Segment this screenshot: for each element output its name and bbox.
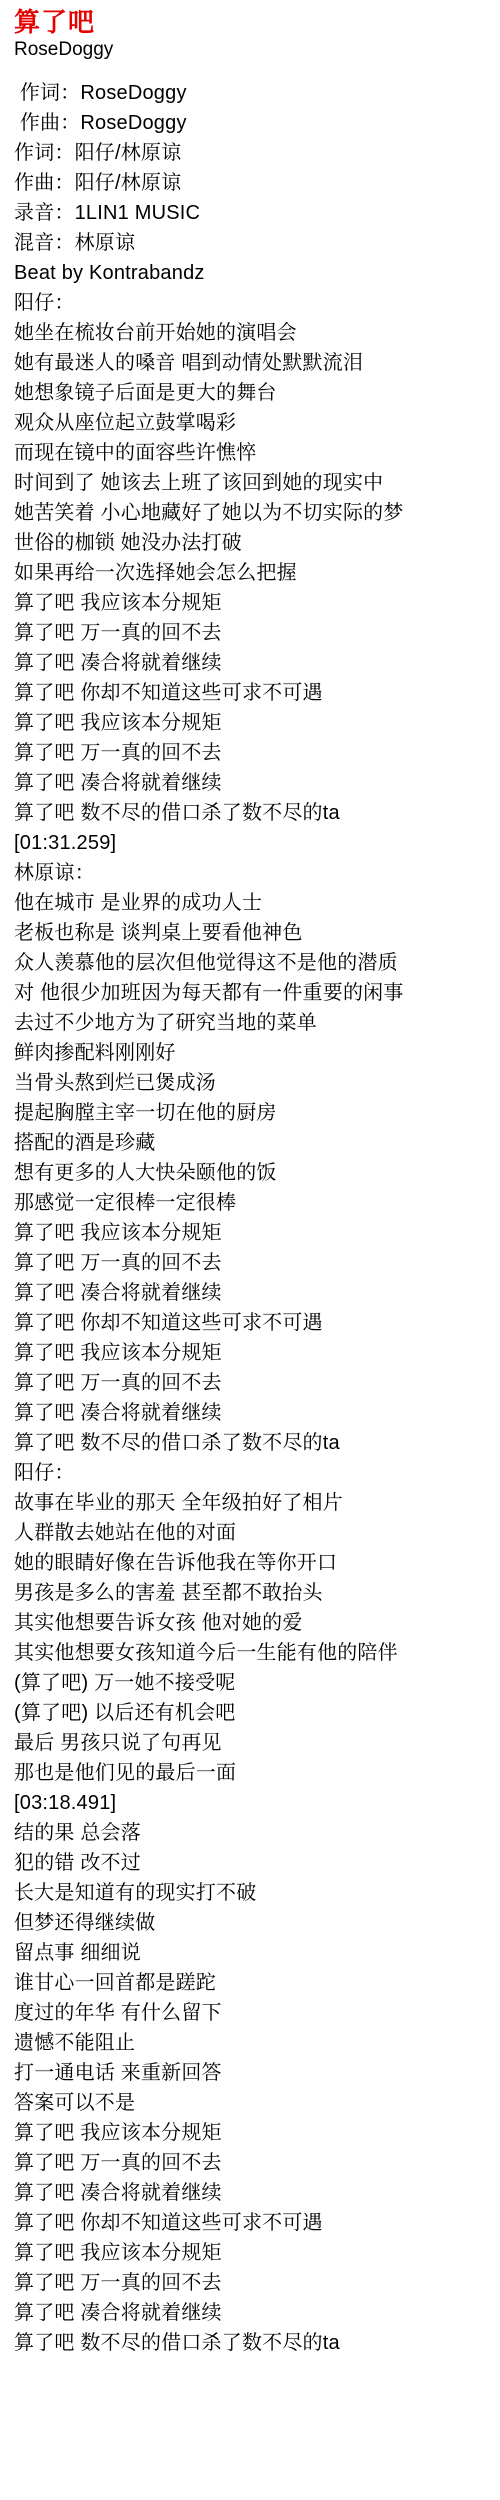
lyric-line: 算了吧 万一真的回不去 (14, 1368, 500, 1398)
lyric-line: 结的果 总会落 (14, 1818, 500, 1848)
lyric-line: 最后 男孩只说了句再见 (14, 1728, 500, 1758)
lyric-line: 打一通电话 来重新回答 (14, 2058, 500, 2088)
lyric-line: 留点事 细细说 (14, 1938, 500, 1968)
lyric-line: 故事在毕业的那天 全年级拍好了相片 (14, 1488, 500, 1518)
lyric-line: 算了吧 万一真的回不去 (14, 618, 500, 648)
lyrics-list: 作词：RoseDoggy 作曲：RoseDoggy作词：阳仔/林原谅作曲：阳仔/… (14, 78, 500, 2358)
lyric-line: 算了吧 凑合将就着继续 (14, 2178, 500, 2208)
lyric-line: 混音：林原谅 (14, 228, 500, 258)
lyric-line: 世俗的枷锁 她没办法打破 (14, 528, 500, 558)
lyric-line: 算了吧 我应该本分规矩 (14, 708, 500, 738)
lyric-line: 算了吧 我应该本分规矩 (14, 1218, 500, 1248)
lyric-line: [01:31.259] (14, 828, 500, 858)
lyric-line: 当骨头熬到烂已煲成汤 (14, 1068, 500, 1098)
lyric-line: 其实他想要告诉女孩 他对她的爱 (14, 1608, 500, 1638)
lyric-line: 老板也称是 谈判桌上要看他神色 (14, 918, 500, 948)
lyric-line: 算了吧 我应该本分规矩 (14, 2118, 500, 2148)
lyric-line: 但梦还得继续做 (14, 1908, 500, 1938)
lyric-line: 作词：阳仔/林原谅 (14, 138, 500, 168)
lyric-line: 众人羡慕他的层次但他觉得这不是他的潜质 (14, 948, 500, 978)
lyric-line: 阳仔： (14, 1458, 500, 1488)
lyric-line: 犯的错 改不过 (14, 1848, 500, 1878)
lyric-line: 其实他想要女孩知道今后一生能有他的陪伴 (14, 1638, 500, 1668)
lyric-line: 林原谅： (14, 858, 500, 888)
lyric-line: 度过的年华 有什么留下 (14, 1998, 500, 2028)
lyric-line: 算了吧 数不尽的借口杀了数不尽的ta (14, 2328, 500, 2358)
lyric-line: 作词：RoseDoggy (14, 78, 500, 108)
lyric-line: 她想象镜子后面是更大的舞台 (14, 378, 500, 408)
lyric-line: 算了吧 数不尽的借口杀了数不尽的ta (14, 798, 500, 828)
lyric-line: 鲜肉掺配料刚刚好 (14, 1038, 500, 1068)
lyric-line: 长大是知道有的现实打不破 (14, 1878, 500, 1908)
lyric-line: 阳仔： (14, 288, 500, 318)
lyric-line: 作曲：RoseDoggy (14, 108, 500, 138)
lyric-line: 算了吧 凑合将就着继续 (14, 648, 500, 678)
lyric-line: 算了吧 我应该本分规矩 (14, 2238, 500, 2268)
lyric-line: 作曲：阳仔/林原谅 (14, 168, 500, 198)
artist-name: RoseDoggy (14, 38, 500, 62)
lyric-line: 算了吧 数不尽的借口杀了数不尽的ta (14, 1428, 500, 1458)
lyric-line: (算了吧) 万一她不接受呢 (14, 1668, 500, 1698)
lyric-line: 算了吧 万一真的回不去 (14, 2268, 500, 2298)
lyric-line: (算了吧) 以后还有机会吧 (14, 1698, 500, 1728)
lyric-line: [03:18.491] (14, 1788, 500, 1818)
lyric-line: 算了吧 你却不知道这些可求不可遇 (14, 678, 500, 708)
lyric-line: 那感觉一定很棒一定很棒 (14, 1188, 500, 1218)
lyric-line: 谁甘心一回首都是蹉跎 (14, 1968, 500, 1998)
lyric-line: 算了吧 凑合将就着继续 (14, 768, 500, 798)
lyric-line: 算了吧 万一真的回不去 (14, 2148, 500, 2178)
lyric-line: 观众从座位起立鼓掌喝彩 (14, 408, 500, 438)
lyric-line: 算了吧 凑合将就着继续 (14, 1278, 500, 1308)
lyric-line: 男孩是多么的害羞 甚至都不敢抬头 (14, 1578, 500, 1608)
lyric-line: 对 他很少加班因为每天都有一件重要的闲事 (14, 978, 500, 1008)
lyric-line: 算了吧 凑合将就着继续 (14, 2298, 500, 2328)
lyric-line: 答案可以不是 (14, 2088, 500, 2118)
lyric-line: 算了吧 万一真的回不去 (14, 1248, 500, 1278)
lyric-line: 提起胸膛主宰一切在他的厨房 (14, 1098, 500, 1128)
lyric-line: 她坐在梳妆台前开始她的演唱会 (14, 318, 500, 348)
lyric-line: 算了吧 万一真的回不去 (14, 738, 500, 768)
lyric-line: 她的眼睛好像在告诉他我在等你开口 (14, 1548, 500, 1578)
lyric-line: 搭配的酒是珍藏 (14, 1128, 500, 1158)
lyric-line: 时间到了 她该去上班了该回到她的现实中 (14, 468, 500, 498)
lyrics-page: 算了吧 RoseDoggy 作词：RoseDoggy 作曲：RoseDoggy作… (0, 0, 500, 2500)
lyric-line: 她苦笑着 小心地藏好了她以为不切实际的梦 (14, 498, 500, 528)
lyric-line: 录音：1LIN1 MUSIC (14, 198, 500, 228)
lyric-line: 她有最迷人的嗓音 唱到动情处默默流泪 (14, 348, 500, 378)
lyric-line: 算了吧 凑合将就着继续 (14, 1398, 500, 1428)
lyric-line: 如果再给一次选择她会怎么把握 (14, 558, 500, 588)
lyric-line: 去过不少地方为了研究当地的菜单 (14, 1008, 500, 1038)
lyric-line: 遗憾不能阻止 (14, 2028, 500, 2058)
page-title: 算了吧 (14, 6, 500, 38)
lyric-line: 算了吧 我应该本分规矩 (14, 1338, 500, 1368)
lyric-line: 他在城市 是业界的成功人士 (14, 888, 500, 918)
lyric-line: 人群散去她站在他的对面 (14, 1518, 500, 1548)
lyric-line: 算了吧 你却不知道这些可求不可遇 (14, 1308, 500, 1338)
lyric-line: 而现在镜中的面容些许憔悴 (14, 438, 500, 468)
lyric-line: 算了吧 你却不知道这些可求不可遇 (14, 2208, 500, 2238)
lyric-line: 算了吧 我应该本分规矩 (14, 588, 500, 618)
lyric-line: Beat by Kontrabandz (14, 258, 500, 288)
lyric-line: 那也是他们见的最后一面 (14, 1758, 500, 1788)
lyric-line: 想有更多的人大快朵颐他的饭 (14, 1158, 500, 1188)
